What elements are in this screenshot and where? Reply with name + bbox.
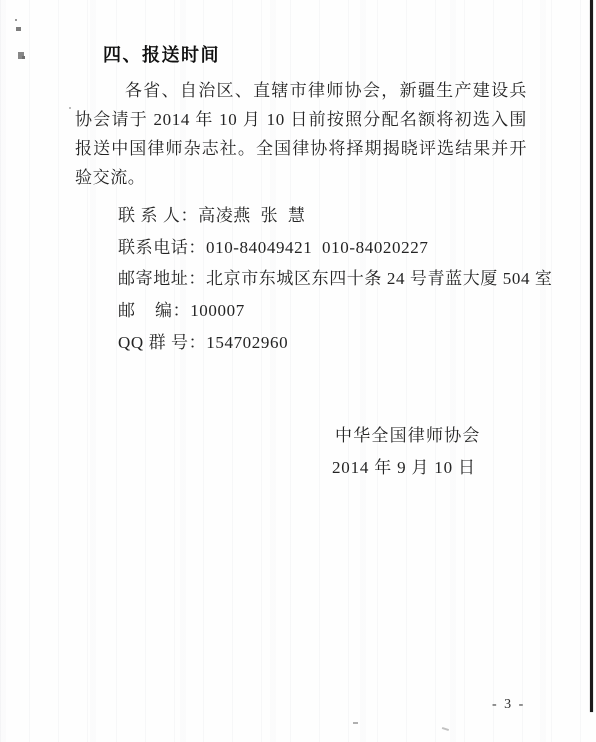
contact-phone-row: 联系电话：010-84049421 010-84020227 — [118, 233, 428, 258]
contact-person-row: 联 系 人：高凌燕 张 慧 — [118, 201, 306, 226]
scan-speck — [15, 19, 17, 21]
contact-label: 联 系 人： — [118, 206, 198, 225]
scanned-document-page: 四、报送时间 各省、自治区、直辖市律师协会，新疆生产建设兵团律师 协会请于 20… — [0, 0, 596, 742]
contact-value: 北京市东城区东四十条 24 号青蓝大厦 504 室 — [206, 269, 553, 288]
contact-value: 100007 — [190, 301, 245, 320]
contact-value: 高凌燕 张 慧 — [198, 206, 305, 225]
section-heading: 四、报送时间 — [103, 41, 220, 67]
scan-speck — [69, 107, 71, 109]
paragraph-line: 验交流。 — [75, 163, 145, 188]
scan-speck — [16, 27, 21, 31]
contact-label: 联系电话： — [118, 238, 206, 257]
signature-organization: 中华全国律师协会 — [335, 421, 481, 446]
postal-code-row: 邮 编：100007 — [118, 296, 245, 321]
page-number: - 3 - — [492, 697, 525, 713]
contact-value: 010-84049421 010-84020227 — [206, 238, 428, 257]
qq-group-row: QQ 群 号：154702960 — [118, 328, 288, 353]
contact-label: 邮 编： — [118, 301, 190, 320]
contact-value: 154702960 — [206, 333, 288, 352]
contact-label: QQ 群 号： — [118, 333, 206, 352]
mailing-address-row: 邮寄地址：北京市东城区东四十条 24 号青蓝大厦 504 室 — [118, 264, 553, 289]
scan-speck — [442, 727, 449, 731]
scan-speck — [22, 56, 25, 59]
contact-label: 邮寄地址： — [118, 269, 206, 288]
paragraph-line: 协会请于 2014 年 10 月 10 日前按照分配名额将初选入围的所刊 — [75, 105, 527, 129]
signature-date: 2014 年 9 月 10 日 — [332, 453, 476, 478]
scan-edge-line — [590, 0, 593, 712]
scan-speck — [353, 722, 358, 724]
paragraph-line: 报送中国律师杂志社。全国律协将择期揭晓评选结果并开展经 — [75, 134, 527, 158]
paragraph-line: 各省、自治区、直辖市律师协会，新疆生产建设兵团律师 — [125, 76, 527, 100]
